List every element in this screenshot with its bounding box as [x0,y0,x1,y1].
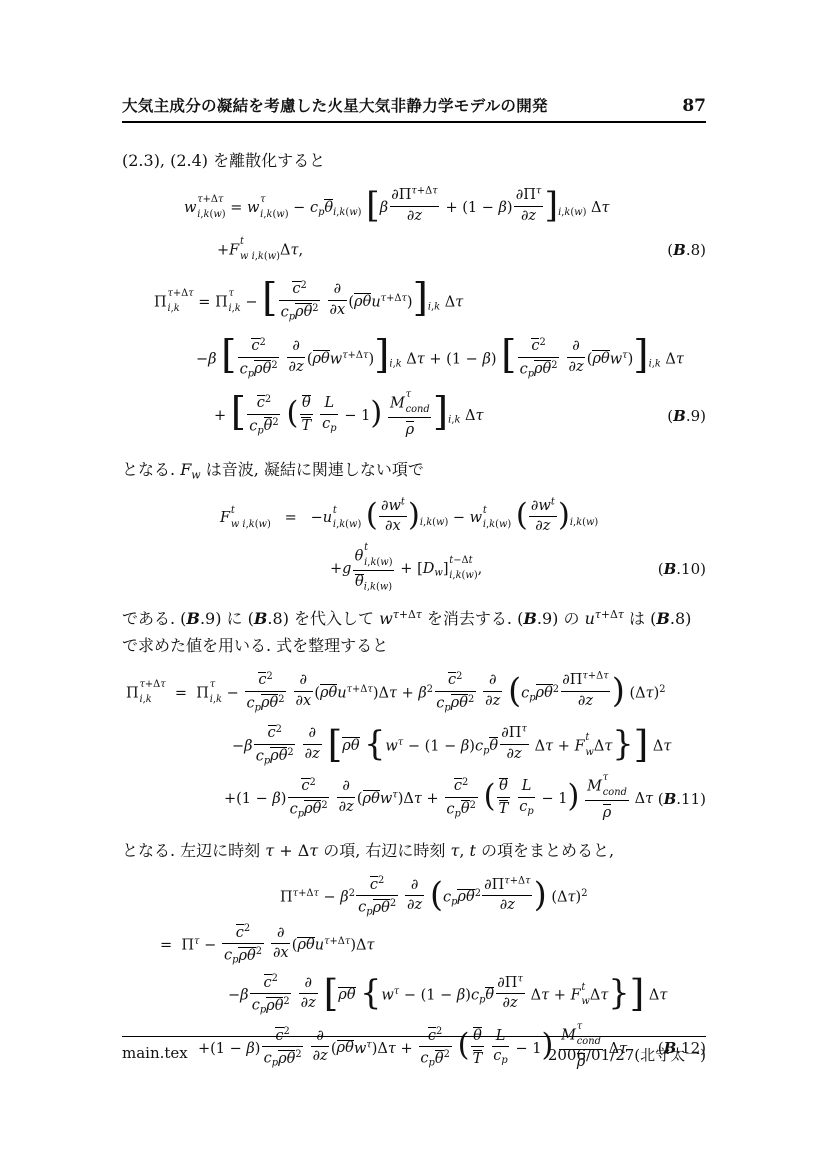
equation-line: −βc2cpρθ2 ∂∂z [ρθ {wτ − (1 − β)cpθ∂Πτ∂z … [122,968,706,1022]
equation-tag: (B.11) [658,790,706,808]
equation-line: + [c2cpθ2 (θT Lcp − 1) Mτcondρ]i,k Δτ(B.… [122,388,706,444]
equation-tag: (B.9) [667,407,706,425]
running-title: 大気主成分の凝結を考慮した火星大気非静力学モデルの開発 [122,94,548,116]
page-number: 87 [682,96,706,116]
body-paragraph: (2.3), (2.4) を離散化すると [122,147,706,174]
document-page: 大気主成分の凝結を考慮した火星大気非静力学モデルの開発 87 (2.3), (2… [0,0,826,1169]
equation-line: Ftw i,k(w) = −uti,k(w) (∂wt∂x)i,k(w) − w… [122,491,706,545]
equation-b10: Ftw i,k(w) = −uti,k(w) (∂wt∂x)i,k(w) − w… [122,491,706,592]
footer-date: 2006/01/27(北守太一) [548,1044,706,1065]
equation-b9: Πτ+Δτi,k = Πτi,k − [c2cpρθ2 ∂∂x(ρθuτ+Δτ)… [122,274,706,444]
equation-line: Πτ+Δτi,k = Πτi,k − [c2cpρθ2 ∂∂x(ρθuτ+Δτ)… [122,274,706,330]
equation-b11: Πτ+Δτi,k = Πτi,k − c2cpρθ2 ∂∂x(ρθuτ+Δτ)Δ… [122,667,706,825]
page-header: 大気主成分の凝結を考慮した火星大気非静力学モデルの開発 87 [122,94,706,123]
equation-line: +gθti,k(w)θi,k(w) + [Dw]t−Δti,k(w),(B.10… [122,545,706,592]
footer-filename: main.tex [122,1044,188,1065]
equation-line: +(1 − β)c2cpρθ2 ∂∂z(ρθwτ)Δτ + c2cpθ2 (θT… [122,773,706,825]
equation-tag: (B.10) [658,560,706,578]
content-column: 大気主成分の凝結を考慮した火星大気非静力学モデルの開発 87 (2.3), (2… [122,94,706,1076]
equation-line: Πτ+Δτi,k = Πτi,k − c2cpρθ2 ∂∂x(ρθuτ+Δτ)Δ… [122,667,706,719]
equation-line: Πτ+Δτ − β2c2cpρθ2 ∂∂z (cpρθ2∂Πτ+Δτ∂z) (Δ… [122,872,706,922]
body-paragraph: となる. 左辺に時刻 τ + Δτ の項, 右辺に時刻 τ, t の項をまとめる… [122,837,706,864]
equation-line: wτ+Δτi,k(w) = wτi,k(w) − cpθi,k(w) [β∂Πτ… [122,182,706,234]
equation-tag: (B.8) [667,241,706,259]
body-paragraph: である. (B.9) に (B.8) を代入して wτ+Δτ を消去する. (B… [122,605,706,659]
equation-b8: wτ+Δτi,k(w) = wτi,k(w) − cpθi,k(w) [β∂Πτ… [122,182,706,266]
equation-line: +Ftw i,k(w)Δτ,(B.8) [122,234,706,266]
equation-line: = Πτ − c2cpρθ2 ∂∂x(ρθuτ+Δτ)Δτ [122,922,706,968]
page-footer: main.tex 2006/01/27(北守太一) [122,1036,706,1065]
body-paragraph: となる. Fw は音波, 凝結に関連しない項で [122,456,706,483]
equation-line: −βc2cpρθ2 ∂∂z [ρθ {wτ − (1 − β)cpθ∂Πτ∂z … [122,719,706,773]
document-body: (2.3), (2.4) を離散化するとwτ+Δτi,k(w) = wτi,k(… [122,147,706,1074]
equation-line: −β [c2cpρθ2 ∂∂z(ρθwτ+Δτ)]i,k Δτ + (1 − β… [122,330,706,388]
